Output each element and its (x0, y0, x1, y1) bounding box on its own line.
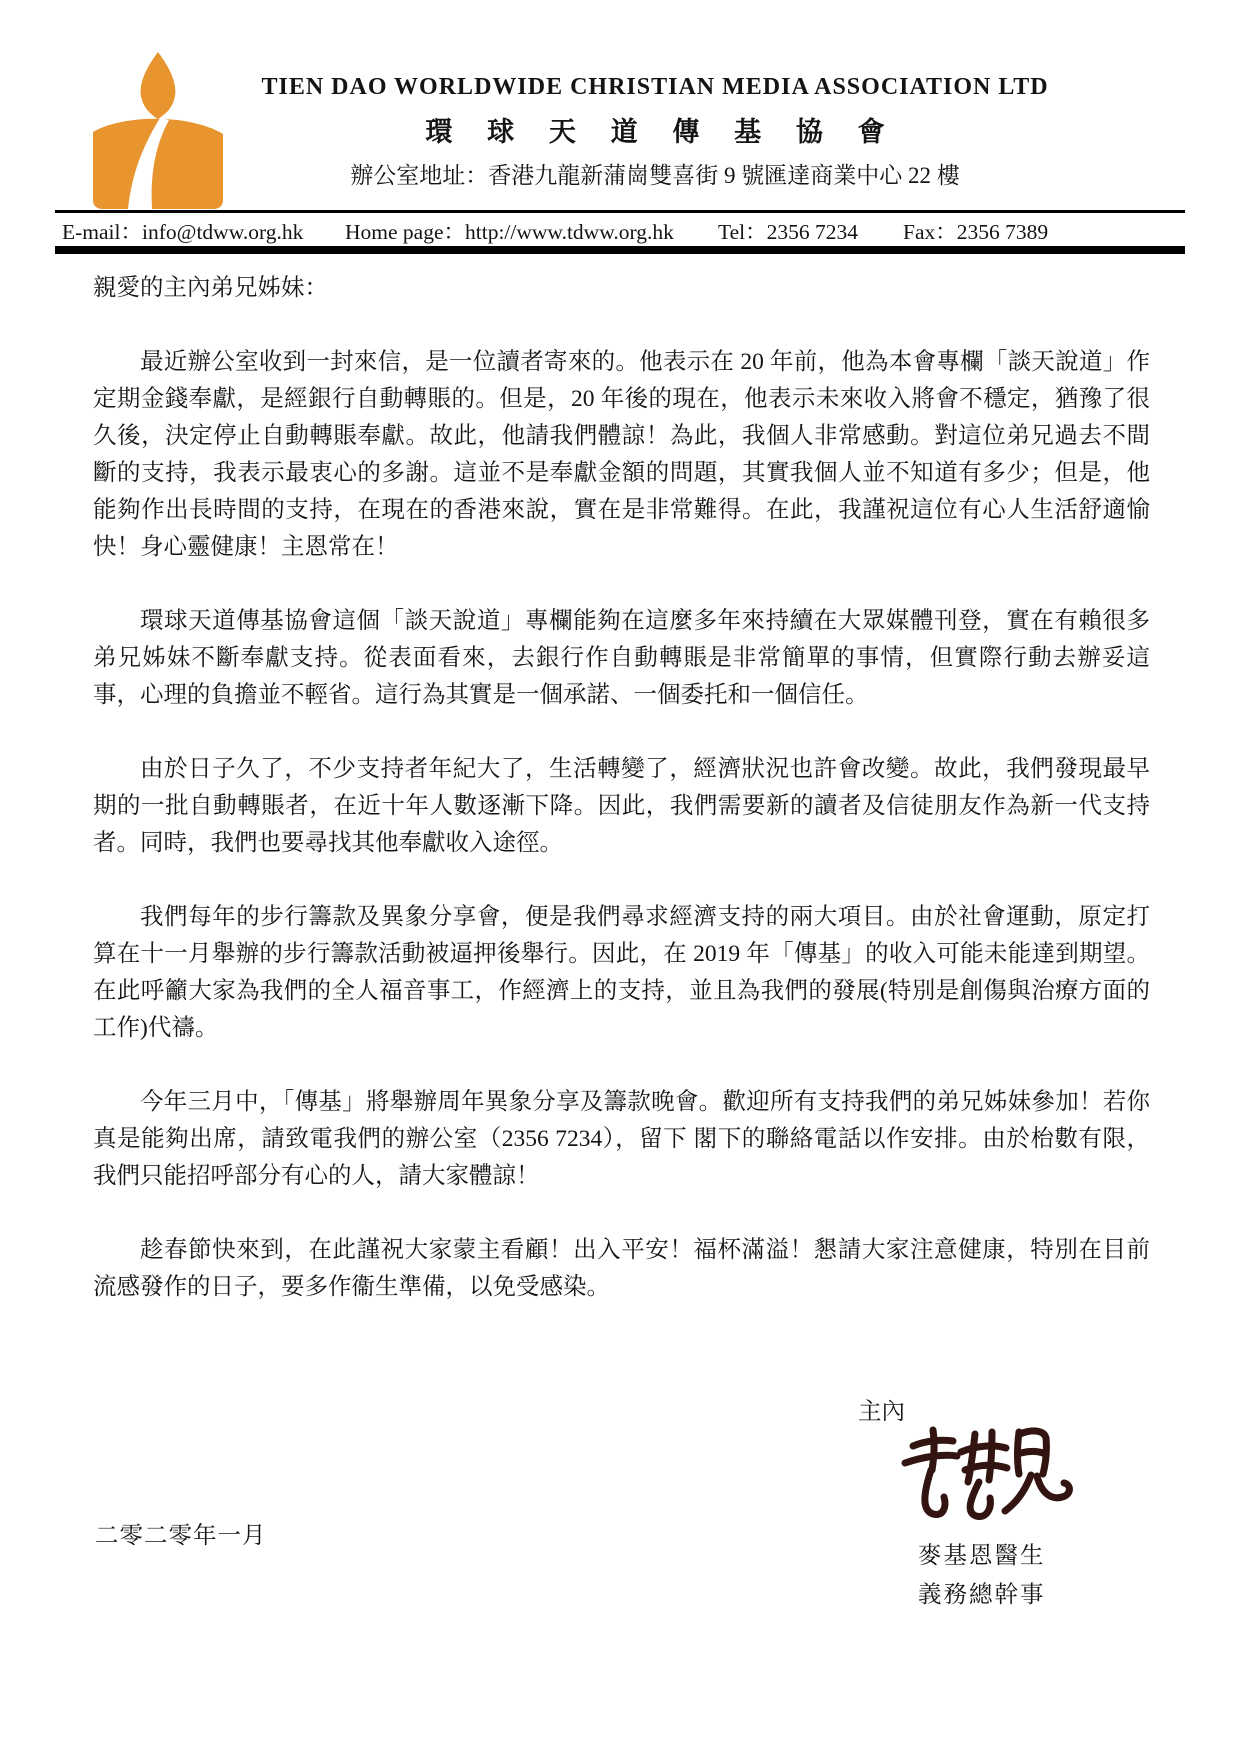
tel-entry: Tel：2356 7234 (718, 215, 858, 246)
fax-label: Fax： (903, 220, 957, 244)
paragraph-1: 最近辦公室收到一封來信，是一位讀者寄來的。他表示在 20 年前，他為本會專欄「談… (93, 344, 1150, 566)
header-rule-thin (55, 210, 1185, 213)
paragraph-6: 趁春節快來到，在此謹祝大家蒙主看顧！出入平安！福杯滿溢！懇請大家注意健康，特別在… (93, 1232, 1150, 1306)
office-address: 辦公室地址：香港九龍新蒲崗雙喜街 9 號匯達商業中心 22 樓 (140, 157, 1170, 190)
fax-value: 2356 7389 (957, 220, 1048, 244)
homepage-label: Home page： (345, 220, 465, 244)
handwritten-signature (893, 1420, 1078, 1532)
fax-entry: Fax：2356 7389 (903, 215, 1048, 246)
email-label: E-mail： (62, 220, 142, 244)
email-entry: E-mail：info@tdww.org.hk (62, 215, 303, 246)
signer-title: 義務總幹事 (918, 1575, 1046, 1609)
letter-page: TIEN DAO WORLDWIDE CHRISTIAN MEDIA ASSOC… (0, 0, 1240, 1754)
header-rule-thick (55, 246, 1185, 254)
salutation: 親愛的主內弟兄姊妹： (93, 270, 1150, 307)
paragraph-5: 今年三月中，「傳基」將舉辦周年異象分享及籌款晚會。歡迎所有支持我們的弟兄姊妹參加… (93, 1084, 1150, 1195)
paragraph-3: 由於日子久了，不少支持者年紀大了，生活轉變了，經濟狀況也許會改變。故此，我們發現… (93, 751, 1150, 862)
contact-strip: E-mail：info@tdww.org.hk Home page：http:/… (0, 215, 1240, 245)
signer-name: 麥基恩醫生 (918, 1536, 1046, 1570)
org-name-chinese: 環 球 天 道 傳 基 協 會 (140, 110, 1170, 149)
paragraph-4: 我們每年的步行籌款及異象分享會，便是我們尋求經濟支持的兩大項目。由於社會運動，原… (93, 899, 1150, 1047)
homepage-entry: Home page：http://www.tdww.org.hk (345, 215, 674, 246)
homepage-value: http://www.tdww.org.hk (465, 220, 674, 244)
tel-value: 2356 7234 (767, 220, 858, 244)
paragraph-2: 環球天道傳基協會這個「談天說道」專欄能夠在這麼多年來持續在大眾媒體刊登，實在有賴… (93, 603, 1150, 714)
tel-label: Tel： (718, 220, 767, 244)
org-name-english: TIEN DAO WORLDWIDE CHRISTIAN MEDIA ASSOC… (140, 74, 1170, 101)
letterhead: TIEN DAO WORLDWIDE CHRISTIAN MEDIA ASSOC… (140, 74, 1170, 190)
letter-date: 二零二零年一月 (95, 1516, 267, 1550)
email-value: info@tdww.org.hk (142, 220, 303, 244)
letter-body: 親愛的主內弟兄姊妹： 最近辦公室收到一封來信，是一位讀者寄來的。他表示在 20 … (93, 270, 1150, 1306)
